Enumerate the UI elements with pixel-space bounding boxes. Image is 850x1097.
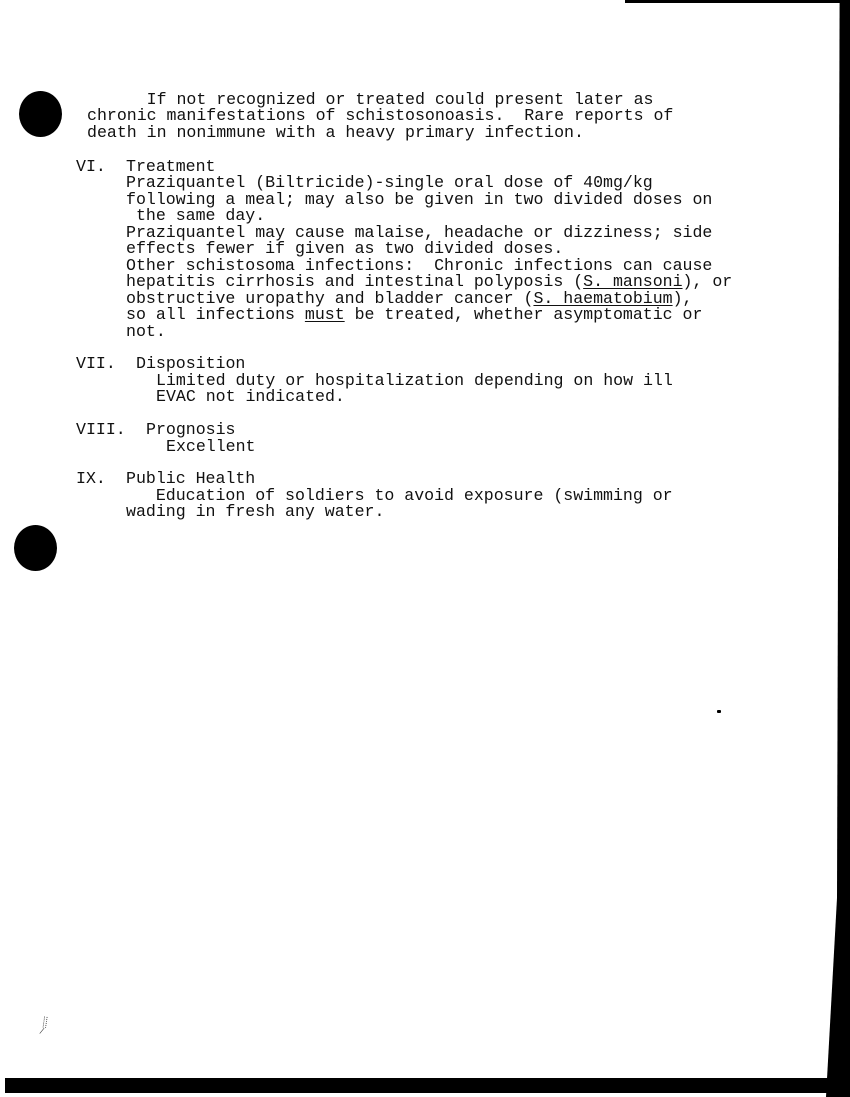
treatment-line: the same day. [126,208,265,224]
scan-speck [717,710,721,713]
emphasis-must: must [305,305,345,324]
section-numeral: VIII. [76,422,126,438]
punch-hole-middle [14,525,57,571]
scanned-document-page: { "intro": { "lines": [ " If not recogni… [0,0,850,1097]
margin-mark: ⁝⁝ ⁝⁝ ⁄ [41,1017,49,1036]
punch-hole-top [19,91,62,137]
prognosis-line: Excellent [166,439,255,455]
section-numeral: VI. [76,159,106,175]
section-numeral: IX. [76,471,106,487]
section-numeral: VII. [76,356,116,372]
section-heading: Public Health [126,471,255,487]
treatment-line-must: so all infections must be treated, wheth… [126,307,702,323]
treatment-line: Praziquantel (Biltricide)-single oral do… [126,175,653,191]
scan-border-right-wedge [826,880,850,1097]
scan-border-bottom [5,1078,850,1093]
public-health-line: wading in fresh any water. [126,504,384,520]
section-heading: Prognosis [146,422,235,438]
scan-border-top [625,0,842,3]
treatment-line: not. [126,324,166,340]
intro-line-3: death in nonimmune with a heavy primary … [87,125,584,141]
treatment-line: effects fewer if given as two divided do… [126,241,563,257]
treatment-line-mansoni: hepatitis cirrhosis and intestinal polyp… [126,274,732,290]
section-heading: Disposition [136,356,245,372]
disposition-line: EVAC not indicated. [156,389,345,405]
intro-line-2: chronic manifestations of schistosonoasi… [87,108,673,124]
text: be treated, whether asymptomatic or [345,305,703,324]
